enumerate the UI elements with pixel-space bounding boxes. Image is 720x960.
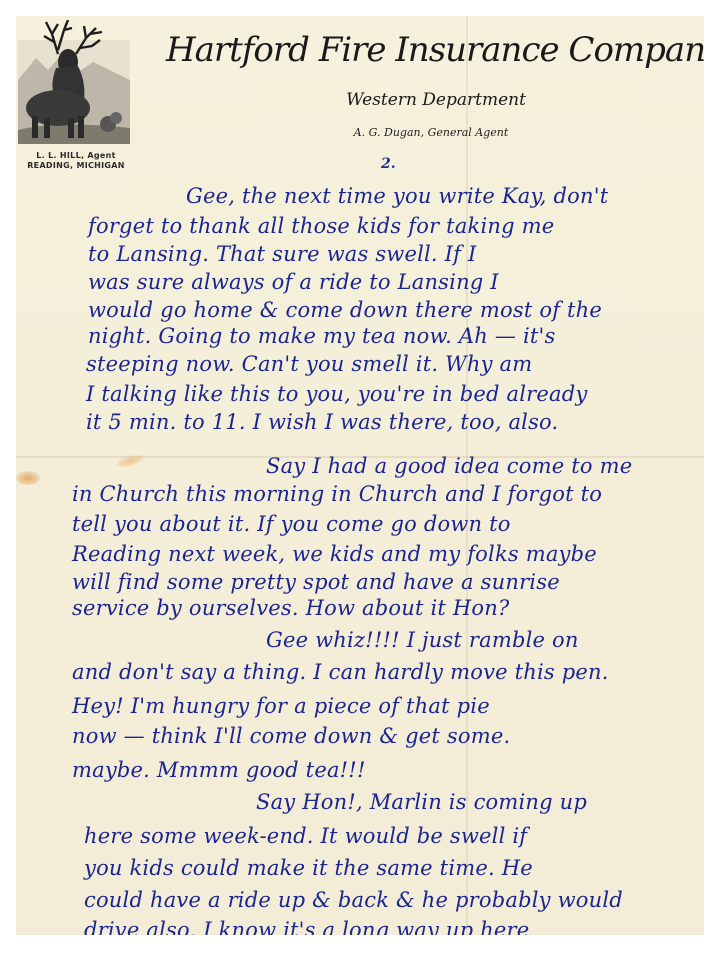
letter-line: it 5 min. to 11. I wish I was there, too… [86, 410, 558, 434]
letter-line: in Church this morning in Church and I f… [72, 482, 602, 506]
letter-line: maybe. Mmmm good tea!!! [72, 758, 366, 782]
letter-line: Say Hon!, Marlin is coming up [256, 790, 587, 814]
letter-line: Reading next week, we kids and my folks … [72, 542, 597, 566]
letter-line: forget to thank all those kids for takin… [88, 214, 554, 238]
letter-line: could have a ride up & back & he probabl… [84, 888, 623, 912]
letter-line: I talking like this to you, you're in be… [86, 382, 587, 406]
letter-line: here some week-end. It would be swell if [84, 824, 527, 848]
letter-line: will find some pretty spot and have a su… [72, 570, 560, 594]
letter-line: now — think I'll come down & get some. [72, 724, 510, 748]
paper-stain [16, 471, 40, 485]
letter-line: service by ourselves. How about it Hon? [72, 596, 509, 620]
agent-name: L. L. HILL, Agent [16, 151, 136, 161]
department-name: Western Department [296, 90, 576, 110]
company-name: Hartford Fire Insurance Company [166, 30, 704, 70]
letter-line: you kids could make it the same time. He [84, 856, 533, 880]
letter-line: Say I had a good idea come to me [266, 454, 632, 478]
letter-line: night. Going to make my tea now. Ah — it… [88, 324, 555, 348]
letter-line: and don't say a thing. I can hardly move… [72, 660, 609, 684]
letter-page: L. L. HILL, Agent READING, MICHIGAN Hart… [16, 16, 704, 935]
letter-line: was sure always of a ride to Lansing I [88, 270, 499, 294]
general-agent: A. G. Dugan, General Agent [316, 126, 546, 139]
page-number: 2. [381, 156, 396, 172]
letter-line: Gee, the next time you write Kay, don't [186, 184, 608, 208]
letter-line: would go home & come down there most of … [88, 298, 602, 322]
agent-location: READING, MICHIGAN [16, 161, 136, 171]
letter-line: Hey! I'm hungry for a piece of that pie [72, 694, 490, 718]
letter-line: to Lansing. That sure was swell. If I [88, 242, 477, 266]
letter-line: tell you about it. If you come go down t… [72, 512, 511, 536]
agent-info: L. L. HILL, Agent READING, MICHIGAN [16, 151, 136, 171]
letter-line: steeping now. Can't you smell it. Why am [86, 352, 532, 376]
stag-icon [18, 20, 130, 144]
letter-line: Gee whiz!!!! I just ramble on [266, 628, 579, 652]
letter-line: drive also. I know it's a long way up he… [84, 918, 529, 935]
